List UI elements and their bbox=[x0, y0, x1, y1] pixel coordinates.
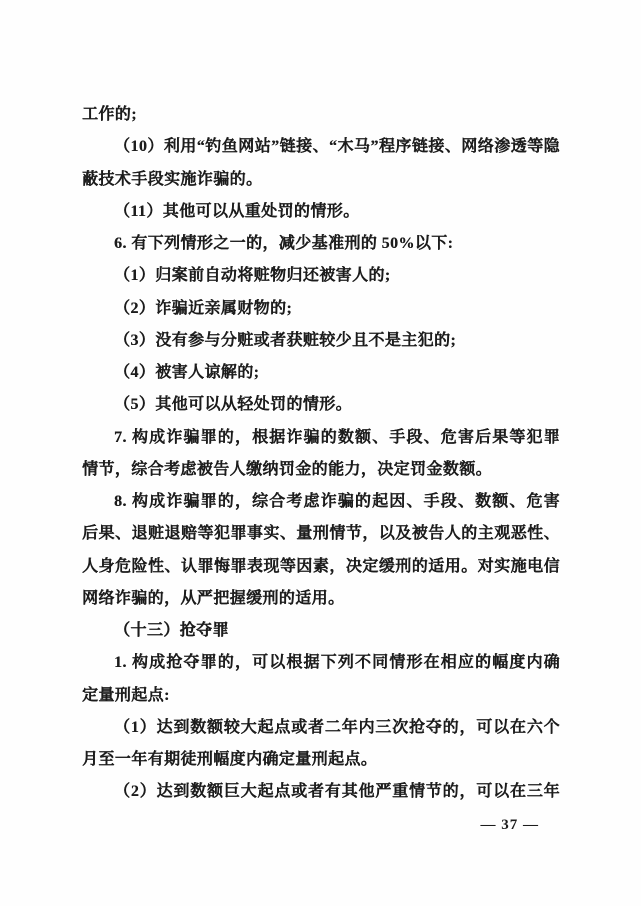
text-line: 月至一年有期徒刑幅度内确定量刑起点。 bbox=[82, 744, 560, 776]
text-line: 定量刑起点: bbox=[82, 680, 560, 712]
text-line: （4）被害人谅解的; bbox=[82, 357, 560, 389]
text-line: 网络诈骗的，从严把握缓刑的适用。 bbox=[82, 583, 560, 615]
page-number: — 37 — bbox=[82, 809, 560, 841]
text-line: 工作的; bbox=[82, 99, 560, 131]
text-column: 工作的; （10）利用“钓鱼网站”链接、“木马”程序链接、网络渗透等隐 蔽技术手… bbox=[82, 99, 560, 841]
text-line: 6. 有下列情形之一的，减少基准刑的 50%以下: bbox=[82, 228, 560, 260]
text-line: 8. 构成诈骗罪的，综合考虑诈骗的起因、手段、数额、危害 bbox=[82, 486, 560, 518]
text-line: 人身危险性、认罪悔罪表现等因素，决定缓刑的适用。对实施电信 bbox=[82, 551, 560, 583]
text-line: （11）其他可以从重处罚的情形。 bbox=[82, 196, 560, 228]
text-line: （2）诈骗近亲属财物的; bbox=[82, 293, 560, 325]
text-line: （1）达到数额较大起点或者二年内三次抢夺的，可以在六个 bbox=[82, 712, 560, 744]
text-line: （3）没有参与分赃或者获赃较少且不是主犯的; bbox=[82, 325, 560, 357]
text-line: 蔽技术手段实施诈骗的。 bbox=[82, 164, 560, 196]
text-line: 7. 构成诈骗罪的，根据诈骗的数额、手段、危害后果等犯罪 bbox=[82, 422, 560, 454]
text-line: （1）归案前自动将赃物归还被害人的; bbox=[82, 260, 560, 292]
text-line: 1. 构成抢夺罪的，可以根据下列不同情形在相应的幅度内确 bbox=[82, 647, 560, 679]
text-line: 情节，综合考虑被告人缴纳罚金的能力，决定罚金数额。 bbox=[82, 454, 560, 486]
text-line: （5）其他可以从轻处罚的情形。 bbox=[82, 389, 560, 421]
text-line: （2）达到数额巨大起点或者有其他严重情节的，可以在三年 bbox=[82, 776, 560, 808]
document-page: 工作的; （10）利用“钓鱼网站”链接、“木马”程序链接、网络渗透等隐 蔽技术手… bbox=[0, 0, 641, 906]
section-heading: （十三）抢夺罪 bbox=[82, 615, 560, 647]
text-line: （10）利用“钓鱼网站”链接、“木马”程序链接、网络渗透等隐 bbox=[82, 131, 560, 163]
text-line: 后果、退赃退赔等犯罪事实、量刑情节，以及被告人的主观恶性、 bbox=[82, 518, 560, 550]
